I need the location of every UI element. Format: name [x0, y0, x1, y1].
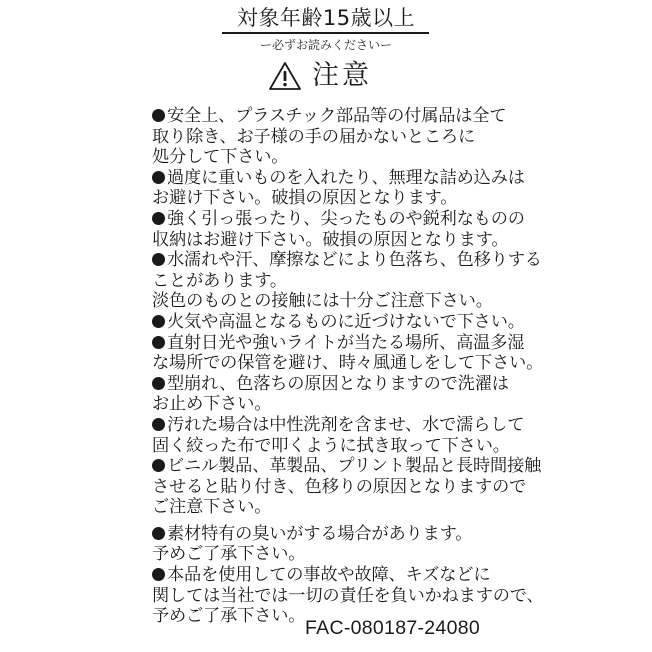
- bullet-icon: [152, 315, 165, 328]
- title-underline: [222, 32, 429, 34]
- note-line: 淡色のものとの接触には十分ご注意下さい。: [152, 291, 532, 312]
- note-line: 取り除き、お子様の手の届かないところに: [152, 127, 532, 148]
- note-line: お避け下さい。破損の原因となります。: [152, 188, 532, 209]
- caution-heading: 注意: [268, 59, 372, 93]
- note-text: お止め下さい。: [152, 394, 271, 414]
- note-text: させると貼り付き、色移りの原因となりますので: [152, 477, 526, 497]
- note-text: 過度に重いものを入れたり、無理な詰め込みは: [167, 168, 525, 188]
- bullet-icon: [152, 568, 165, 581]
- age-rating-title: 対象年齢15歳以上: [222, 4, 430, 32]
- note-line: させると貼り付き、色移りの原因となりますので: [152, 477, 532, 498]
- note-text: お避け下さい。破損の原因となります。: [152, 188, 457, 208]
- note-line: 本品を使用しての事故や故障、キズなどに: [152, 565, 532, 586]
- must-read-subtitle: ー必ずお読みくださいー: [222, 37, 430, 53]
- note-line: お止め下さい。: [152, 394, 532, 415]
- note-line: 型崩れ、色落ちの原因となりますので洗濯は: [152, 374, 532, 395]
- note-text: ことがあります。: [152, 271, 287, 291]
- bullet-icon: [152, 212, 165, 225]
- note-text: 火気や高温となるものに近づけないで下さい。: [167, 312, 525, 332]
- note-line: ことがあります。: [152, 271, 532, 292]
- caution-label: 注意: [312, 59, 372, 93]
- warning-triangle-icon: [268, 61, 302, 91]
- note-text: 安全上、プラスチック部品等の付属品は全て: [167, 106, 506, 126]
- note-text: 汚れた場合は中性洗剤を含ませ、水で濡らして: [167, 415, 524, 435]
- bullet-icon: [152, 336, 165, 349]
- note-line: 過度に重いものを入れたり、無理な詰め込みは: [152, 168, 532, 189]
- bullet-icon: [152, 418, 165, 431]
- note-text: 素材特有の臭いがする場合があります。: [167, 524, 472, 544]
- note-text: 固く絞った布で叩くように拭き取って下さい。: [152, 436, 510, 456]
- note-text: ビニル製品、革製品、プリント製品と長時間接触: [167, 456, 541, 476]
- note-line: 固く絞った布で叩くように拭き取って下さい。: [152, 436, 532, 457]
- note-text: 取り除き、お子様の手の届かないところに: [152, 127, 475, 147]
- note-text: 直射日光や強いライトが当たる場所、高温多湿: [167, 333, 524, 353]
- note-line: 安全上、プラスチック部品等の付属品は全て: [152, 106, 532, 127]
- note-text: ご注意下さい。: [152, 497, 271, 517]
- note-text: 本品を使用しての事故や故障、キズなどに: [167, 565, 490, 585]
- note-text: 水濡れや汗、摩擦などにより色落ち、色移りする: [167, 250, 542, 270]
- note-line: ビニル製品、革製品、プリント製品と長時間接触: [152, 456, 532, 477]
- note-text: 予めご了承下さい。: [152, 544, 305, 564]
- note-text: 予めご了承下さい。: [152, 606, 305, 626]
- note-text: 収納はお避け下さい。破損の原因となります。: [152, 230, 508, 250]
- bullet-icon: [152, 109, 165, 122]
- note-line: 強く引っ張ったり、尖ったものや鋭利なものの: [152, 209, 532, 230]
- note-text: 強く引っ張ったり、尖ったものや鋭利なものの: [167, 209, 525, 229]
- note-line: な場所での保管を避け、時々風通しをして下さい。: [152, 353, 532, 374]
- bullet-icon: [152, 253, 165, 266]
- note-line: 素材特有の臭いがする場合があります。: [152, 524, 532, 545]
- note-line: 関しては当社では一切の責任を負いかねますので、: [152, 586, 532, 607]
- note-text: 淡色のものとの接触には十分ご注意下さい。: [152, 291, 493, 311]
- note-line: 収納はお避け下さい。破損の原因となります。: [152, 230, 532, 251]
- note-text: な場所での保管を避け、時々風通しをして下さい。: [152, 353, 543, 373]
- note-line: 予めご了承下さい。: [152, 544, 532, 565]
- note-text: 処分して下さい。: [152, 147, 288, 167]
- bullet-icon: [152, 527, 165, 540]
- bullet-icon: [152, 377, 165, 390]
- note-line: 直射日光や強いライトが当たる場所、高温多湿: [152, 333, 532, 354]
- note-line: 水濡れや汗、摩擦などにより色落ち、色移りする: [152, 250, 532, 271]
- note-line: 火気や高温となるものに近づけないで下さい。: [152, 312, 532, 333]
- product-code: FAC-080187-24080: [305, 616, 480, 640]
- note-text: 型崩れ、色落ちの原因となりますので洗濯は: [167, 374, 509, 394]
- caution-notes-list: 安全上、プラスチック部品等の付属品は全て 取り除き、お子様の手の届かないところに…: [152, 106, 532, 627]
- note-line: 汚れた場合は中性洗剤を含ませ、水で濡らして: [152, 415, 532, 436]
- note-text: 関しては当社では一切の責任を負いかねますので、: [152, 586, 544, 606]
- note-line: 処分して下さい。: [152, 147, 532, 168]
- bullet-icon: [152, 459, 165, 472]
- note-line: ご注意下さい。: [152, 497, 532, 518]
- bullet-icon: [152, 171, 165, 184]
